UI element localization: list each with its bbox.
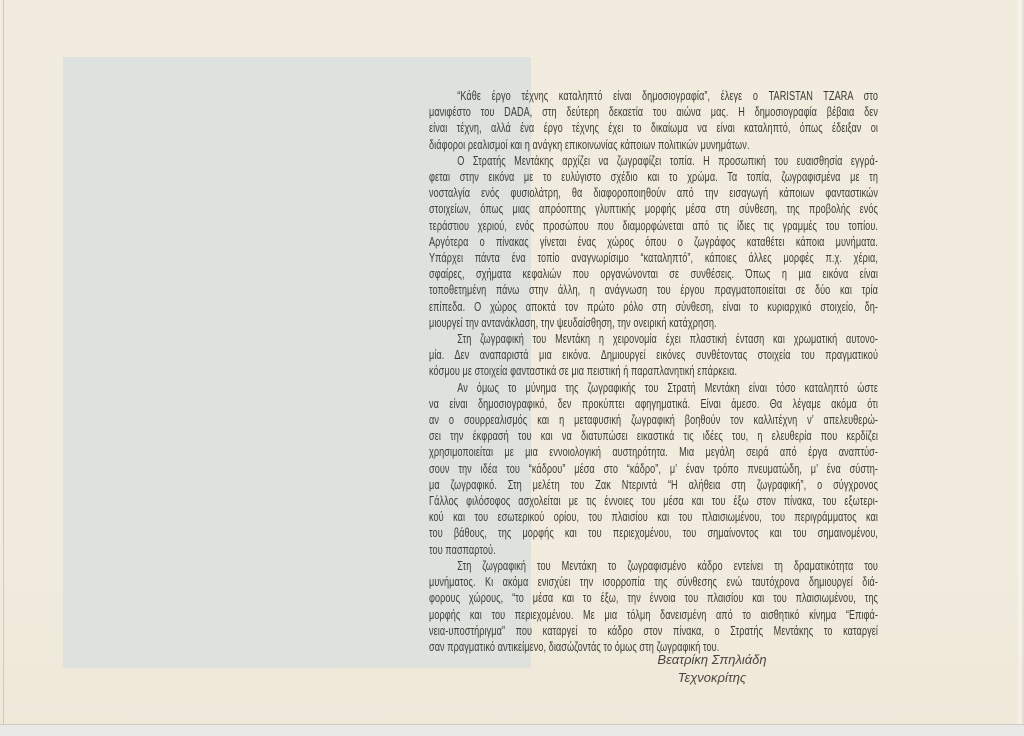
text-line: του βάθους, της μορφής και του περιεχομέ… [429, 525, 878, 541]
text-line: αν ο σουρρεαλισμός και η μεταφυσική ζωγρ… [429, 412, 878, 428]
text-line: χρησιμοποιείται με μια εννοιολογική αυστ… [429, 444, 878, 460]
page-right-edge-highlight [1016, 0, 1024, 736]
text-line: τεράστιου χεριού, ενός προσώπου που διαμ… [429, 218, 878, 234]
text-line: Ο Στρατής Μεντάκης αρχίζει να ζωγραφίζει… [429, 153, 878, 169]
text-line: μιουργεί την αντανάκλαση, την ψευδαίσθησ… [429, 315, 878, 331]
text-line: φεται στην εικόνα με το ευλύγιστο σχέδιο… [429, 169, 878, 185]
text-line: σουν την ιδέα του “κάδρου” μέσα στο “κάδ… [429, 461, 878, 477]
text-line: φορους χώρους, “το μέσα και το έξω, την … [429, 590, 878, 606]
text-line: μανιφέστο του DADA, στη δεύτερη δεκαετία… [429, 104, 878, 120]
text-line: Αργότερα ο πίνακας γίνεται ένας χώρος όπ… [429, 234, 878, 250]
text-line: τοποθετημένη πάνω στην άλλη, η ανάγνωση … [429, 282, 878, 298]
text-line: Υπάρχει πάντα ένα τοπίο αναγνωρίσιμο “κα… [429, 250, 878, 266]
scanner-bottom-edge [0, 724, 1024, 736]
text-line: νεια-υποστήριγμα” που καταργεί το κάδρο … [429, 623, 878, 639]
text-line: επίπεδα. Ο χώρος αποκτά τον πρώτο ρόλο σ… [429, 299, 878, 315]
text-line: μυνήματος. Κι ακόμα ενισχύει την ισορροπ… [429, 574, 878, 590]
text-line: μα ζωγραφικό. Στη μελέτη του Ζακ Ντεριντ… [429, 477, 878, 493]
text-line: κόσμου με στοιχεία φανταστικά σε μια πει… [429, 363, 878, 379]
text-line: να είναι δημοσιογραφικό, δεν προκύπτει α… [429, 396, 878, 412]
signature-name: Βεατρίκη Σπηλιάδη [553, 651, 871, 669]
signature-title: Τεχνοκρίτης [553, 669, 871, 687]
text-line: “Κάθε έργο τέχνης καταληπτό είναι δημοσι… [429, 88, 878, 104]
scanned-page: “Κάθε έργο τέχνης καταληπτό είναι δημοσι… [0, 0, 1024, 736]
text-line: νοσταλγία ενός φυσιολάτρη, θα διαφοροποι… [429, 185, 878, 201]
text-line: μορφής και του περιεχομένου. Με μια τόλμ… [429, 607, 878, 623]
text-line: σφαίρες, σχήματα κεφαλιών που οργανώνοντ… [429, 266, 878, 282]
text-line: του πασπαρτού. [429, 542, 878, 558]
text-line: μία. Δεν αναπαριστά μια εικόνα. Δημιουργ… [429, 347, 878, 363]
text-line: Στη ζωγραφική του Μεντάκη η χειρονομία έ… [429, 331, 878, 347]
text-line: κού και του εσωτερικού ορίου, του πλαισί… [429, 509, 878, 525]
text-line: Γάλλος φιλόσοφος ασχολείται με τις έννοι… [429, 493, 878, 509]
article-text: “Κάθε έργο τέχνης καταληπτό είναι δημοσι… [429, 88, 878, 655]
text-line: σει την έκφρασή του και να διατυπώσει ει… [429, 428, 878, 444]
text-line: διάφοροι ρεαλισμοί και η ανάγκη επικοινω… [429, 137, 878, 153]
page-left-edge-line [3, 0, 4, 736]
text-line: Αν όμως το μύνημα της ζωγραφικής του Στρ… [429, 380, 878, 396]
text-line: είναι τέχνη, αλλά ένα έργο τέχνης έχει τ… [429, 120, 878, 136]
signature-block: Βεατρίκη Σπηλιάδη Τεχνοκρίτης [553, 651, 871, 686]
text-line: Στη ζωγραφική του Μεντάκη το ζωγραφισμέν… [429, 558, 878, 574]
text-line: στοιχείων, όπως μιας απρόοπτης γλυπτικής… [429, 201, 878, 217]
